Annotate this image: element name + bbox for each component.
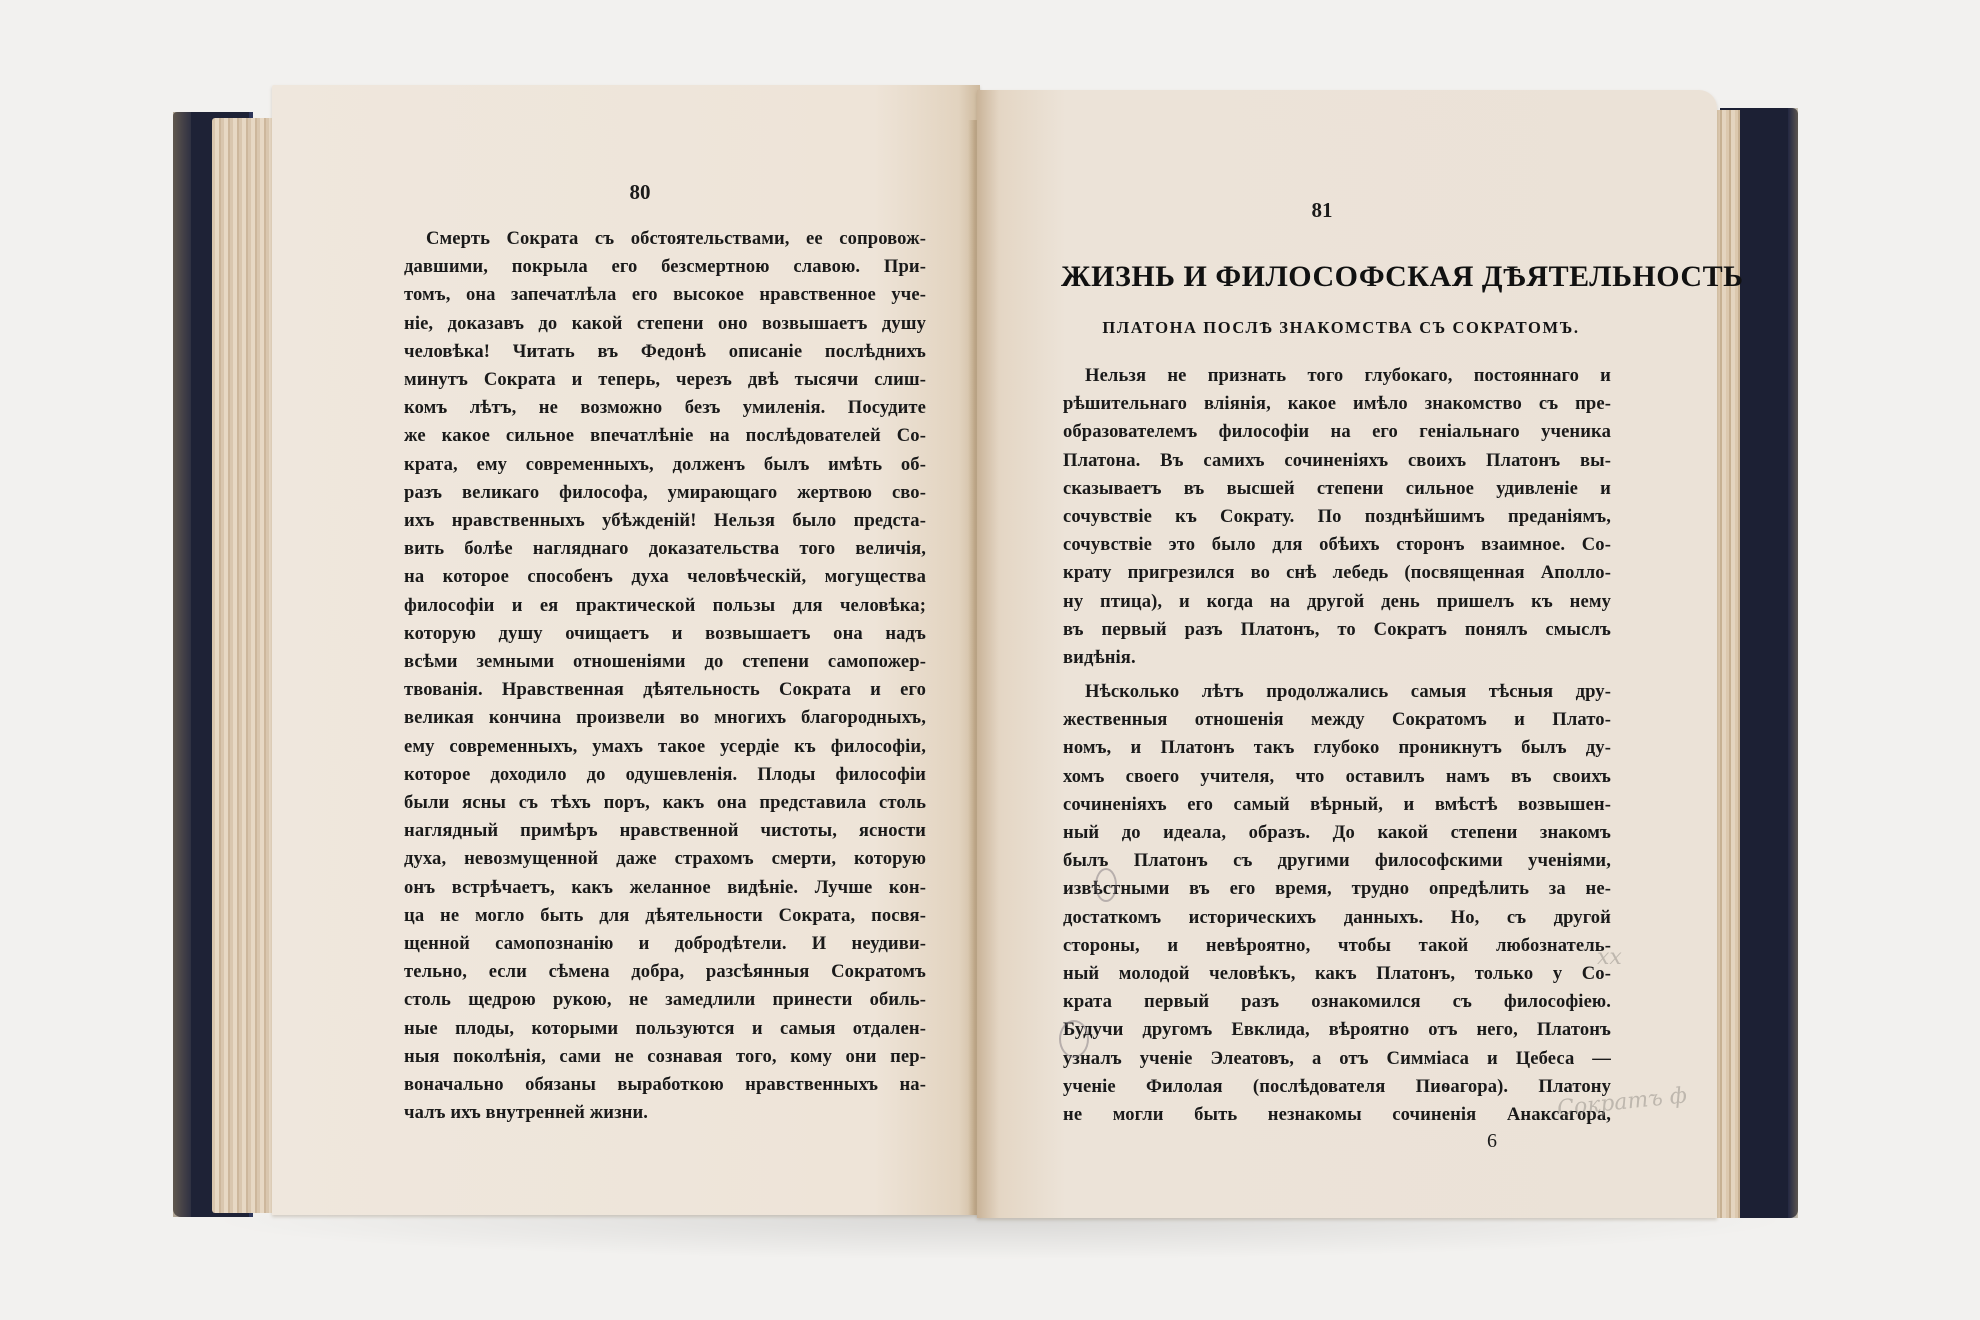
text-line: узналъ ученіе Элеатовъ, а отъ Симміаса и… — [1063, 1045, 1611, 1073]
pencil-circle-mark — [1059, 1020, 1089, 1058]
text-line: томъ, она запечатлѣла его высокое нравст… — [404, 281, 926, 309]
text-line: философіи и ея практической пользы для ч… — [404, 592, 926, 620]
text-line: не могли быть незнакомы сочиненія Анакса… — [1063, 1101, 1611, 1129]
text-line: ный молодой человѣкъ, какъ Платонъ, толь… — [1063, 960, 1611, 988]
right-page-paragraph-2: Нѣсколько лѣтъ продолжались самыя тѣсныя… — [1063, 678, 1611, 1129]
text-line: рѣшительнаго вліянія, какое имѣло знаком… — [1063, 390, 1611, 418]
text-line: были ясны съ тѣхъ поръ, какъ она предста… — [404, 789, 926, 817]
text-line: жественныя отношенія между Сократомъ и П… — [1063, 706, 1611, 734]
text-line: ныя поколѣнія, сами не сознавая того, ко… — [404, 1043, 926, 1071]
text-line: разъ великаго философа, умирающаго жертв… — [404, 479, 926, 507]
text-line: въ первый разъ Платонъ, то Сократъ понял… — [1063, 616, 1611, 644]
text-line: минутъ Сократа и теперь, черезъ двѣ тыся… — [404, 366, 926, 394]
signature-mark: 6 — [1487, 1130, 1497, 1153]
left-page-body: Смерть Сократа съ обстоятельствами, ее с… — [404, 225, 926, 1128]
text-line: твованія. Нравственная дѣятельность Сокр… — [404, 676, 926, 704]
text-line: Смерть Сократа съ обстоятельствами, ее с… — [404, 225, 926, 253]
text-line: ца не могло быть для дѣятельности Сократ… — [404, 902, 926, 930]
text-line: чалъ ихъ внутренней жизни. — [404, 1099, 926, 1127]
chapter-heading: ЖИЗНЬ И ФИЛОСОФСКАЯ ДѢЯТЕЛЬНОСТЬ — [1061, 260, 1621, 294]
pencil-circle-mark — [1095, 868, 1117, 902]
pencil-note: хх — [1597, 945, 1622, 970]
text-line: которое доходило до одушевленія. Плоды ф… — [404, 761, 926, 789]
text-line: хомъ своего учителя, что оставилъ намъ в… — [1063, 763, 1611, 791]
text-line: давшими, покрыла его безсмертною славою.… — [404, 253, 926, 281]
text-line: наглядный примѣръ нравственной чистоты, … — [404, 817, 926, 845]
text-line: Платона. Въ самихъ сочиненіяхъ своихъ Пл… — [1063, 447, 1611, 475]
text-line: образователемъ философіи на его геніальн… — [1063, 418, 1611, 446]
text-line: номъ, и Платонъ такъ глубоко проникнутъ … — [1063, 734, 1611, 762]
text-line: Нельзя не признать того глубокаго, посто… — [1063, 362, 1611, 390]
text-line: великая кончина произвели во многихъ бла… — [404, 704, 926, 732]
text-line: былъ Платонъ съ другими философскими уче… — [1063, 847, 1611, 875]
text-line: ный до идеала, образъ. До какой степени … — [1063, 819, 1611, 847]
text-line: видѣнія. — [1063, 644, 1611, 672]
text-line: ные плоды, которыми пользуются и самыя о… — [404, 1015, 926, 1043]
text-line: комъ лѣтъ, не возможно безъ умиленія. По… — [404, 394, 926, 422]
text-line: стороны, и невѣроятно, чтобы такой любоз… — [1063, 932, 1611, 960]
text-line: же какое сильное впечатлѣніе на послѣдов… — [404, 422, 926, 450]
text-line: человѣка! Читать въ Федонѣ описаніе посл… — [404, 338, 926, 366]
text-line: вить болѣе нагляднаго доказательства тог… — [404, 535, 926, 563]
text-line: сочувствіе это было для обѣихъ сторонъ в… — [1063, 531, 1611, 559]
text-line: духа, невозмущенной даже страхомъ смерти… — [404, 845, 926, 873]
right-page: 81 ЖИЗНЬ И ФИЛОСОФСКАЯ ДѢЯТЕЛЬНОСТЬ ПЛАТ… — [977, 90, 1717, 1218]
text-line: воначально обязаны выработкою нравственн… — [404, 1071, 926, 1099]
text-line: крату пригрезился во снѣ лебедь (посвяще… — [1063, 559, 1611, 587]
right-page-paragraph-1: Нельзя не признать того глубокаго, посто… — [1063, 362, 1611, 672]
text-line: ну птица), и когда на другой день пришел… — [1063, 588, 1611, 616]
text-line: ученіе Филолая (послѣдователя Пиѳагора).… — [1063, 1073, 1611, 1101]
text-line: столь щедрою рукою, не замедлили принест… — [404, 986, 926, 1014]
text-line: сказываетъ въ высшей степени сильное уди… — [1063, 475, 1611, 503]
text-line: достаткомъ историческихъ данныхъ. Но, съ… — [1063, 904, 1611, 932]
text-line: сочувствіе къ Сократу. По позднѣйшимъ пр… — [1063, 503, 1611, 531]
text-line: Будучи другомъ Евклида, вѣроятно отъ нег… — [1063, 1016, 1611, 1044]
text-line: на которое способенъ духа человѣческій, … — [404, 563, 926, 591]
text-line: Нѣсколько лѣтъ продолжались самыя тѣсныя… — [1063, 678, 1611, 706]
text-line: ихъ нравственныхъ убѣжденій! Нельзя было… — [404, 507, 926, 535]
text-line: онъ встрѣчаетъ, какъ желанное видѣніе. Л… — [404, 874, 926, 902]
text-line: извѣстными въ его время, трудно опредѣли… — [1063, 875, 1611, 903]
text-line: тельно, если сѣмена добра, разсѣянныя Со… — [404, 958, 926, 986]
text-line: ему современныхъ, умахъ такое усердіе къ… — [404, 733, 926, 761]
chapter-subheading: ПЛАТОНА ПОСЛѢ ЗНАКОМСТВА СЪ СОКРАТОМЪ. — [1061, 318, 1621, 338]
text-line: крата, ему современныхъ, долженъ былъ им… — [404, 451, 926, 479]
text-line: сочиненіяхъ его самый вѣрный, и вмѣстѣ в… — [1063, 791, 1611, 819]
text-line: всѣми земными отношеніями до степени сам… — [404, 648, 926, 676]
page-number-left: 80 — [590, 180, 690, 205]
page-number-right: 81 — [1272, 198, 1372, 223]
text-line: которую душу очищаетъ и возвышаетъ она н… — [404, 620, 926, 648]
text-line: ніе, доказавъ до какой степени оно возвы… — [404, 310, 926, 338]
text-line: крата первый разъ ознакомился съ философ… — [1063, 988, 1611, 1016]
text-line: щенной самопознанію и добродѣтели. И неу… — [404, 930, 926, 958]
left-page: 80 Смерть Сократа съ обстоятельствами, е… — [272, 85, 980, 1215]
